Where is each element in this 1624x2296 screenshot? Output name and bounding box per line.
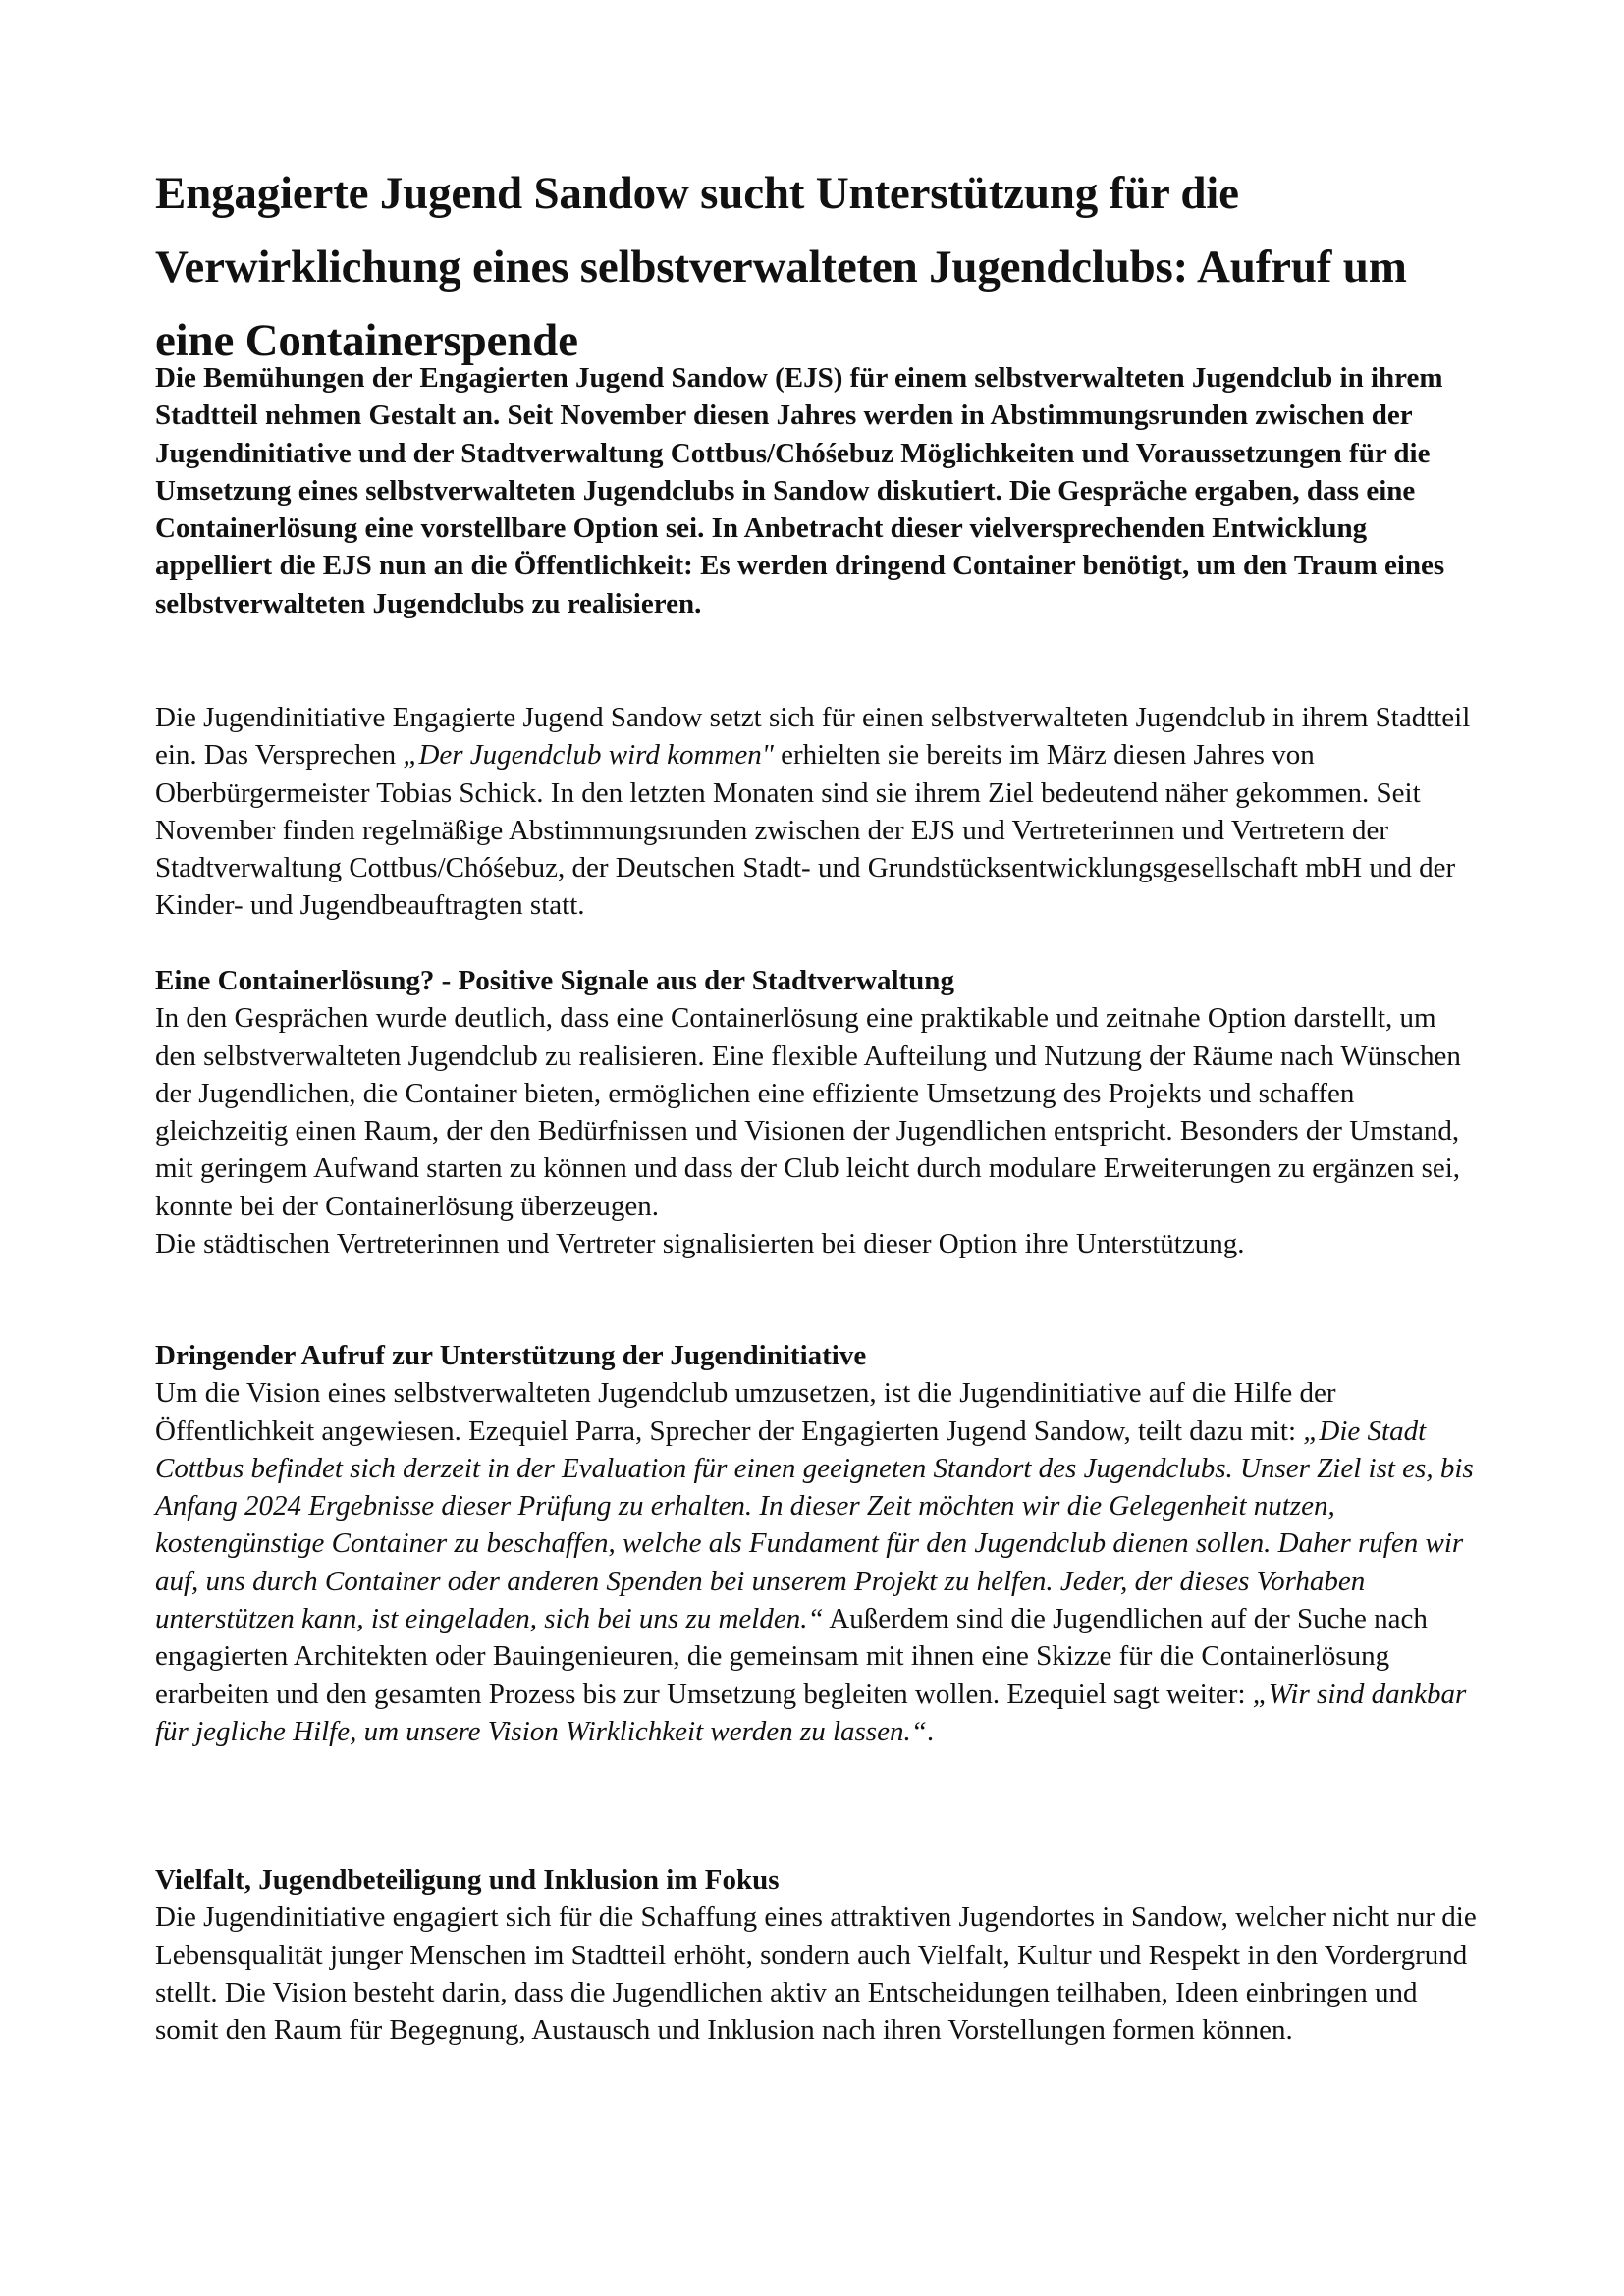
intro-quote: „Der Jugendclub wird kommen" xyxy=(403,739,774,771)
section-text: Um die Vision eines selbstverwalteten Ju… xyxy=(155,1377,1336,1446)
speaker-quote: „Die Stadt Cottbus befindet sich derzeit… xyxy=(155,1415,1474,1634)
section-body: Um die Vision eines selbstverwalteten Ju… xyxy=(155,1374,1479,1750)
intro-block: Die Jugendinitiative Engagierte Jugend S… xyxy=(155,699,1479,925)
section-container-solution: Eine Containerlösung? - Positive Signale… xyxy=(155,962,1479,1262)
section-body: In den Gesprächen wurde deutlich, dass e… xyxy=(155,999,1479,1225)
section-body-2: Die städtischen Vertreterinnen und Vertr… xyxy=(155,1225,1479,1262)
document-title: Engagierte Jugend Sandow sucht Unterstüt… xyxy=(155,157,1479,378)
intro-paragraph: Die Jugendinitiative Engagierte Jugend S… xyxy=(155,699,1479,925)
section-urgent-call: Dringender Aufruf zur Unterstützung der … xyxy=(155,1337,1479,1750)
section-text-end: . xyxy=(927,1716,934,1747)
section-heading: Dringender Aufruf zur Unterstützung der … xyxy=(155,1337,1479,1374)
section-body: Die Jugendinitiative engagiert sich für … xyxy=(155,1898,1479,2049)
section-diversity: Vielfalt, Jugendbeteiligung und Inklusio… xyxy=(155,1861,1479,2049)
section-heading: Vielfalt, Jugendbeteiligung und Inklusio… xyxy=(155,1861,1479,1898)
section-heading: Eine Containerlösung? - Positive Signale… xyxy=(155,962,1479,999)
lead-paragraph: Die Bemühungen der Engagierten Jugend Sa… xyxy=(155,359,1479,622)
